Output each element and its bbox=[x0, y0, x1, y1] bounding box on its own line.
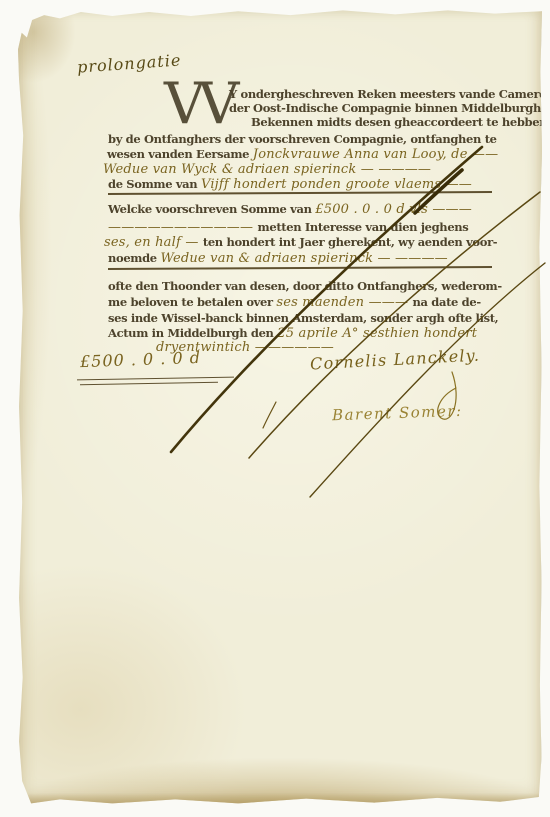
doc-line-6-hand-segment: Vijff hondert ponden groote vlaems —— bbox=[201, 177, 472, 192]
doc-line-10: noemde Wedue van & adriaen spierinck — —… bbox=[108, 247, 448, 266]
signature-barent: Barent Somer: bbox=[332, 402, 463, 425]
doc-line-7: Welcke voorschreven Somme van £500 . 0 .… bbox=[108, 198, 472, 217]
doc-line-6: de Somme van Vijff hondert ponden groote… bbox=[108, 173, 472, 192]
ink-rule-2 bbox=[108, 266, 492, 270]
doc-line-10-hand-segment: Wedue van & adriaen spierinck — ———— bbox=[160, 251, 447, 266]
amount-underline-2 bbox=[80, 382, 218, 386]
amount-underline-1 bbox=[77, 377, 234, 381]
paper-bottom-edge bbox=[18, 793, 542, 805]
doc-line-7-hand-segment: £500 . 0 . 0 d vls ——— bbox=[315, 202, 472, 217]
doc-line-6-print-segment: de Somme van bbox=[108, 177, 201, 191]
document-paper: prolongatie VV Y ondergheschreven Reken … bbox=[18, 8, 542, 805]
doc-line-7-print-segment: Welcke voorschreven Somme van bbox=[108, 202, 315, 216]
margin-amount-note: £500 . 0 . 0 d bbox=[80, 348, 202, 371]
scan-background: prolongatie VV Y ondergheschreven Reken … bbox=[0, 0, 550, 817]
drop-cap-initial: VV bbox=[164, 76, 232, 133]
doc-line-2-print-segment: Bekennen midts desen gheaccordeert te he… bbox=[251, 115, 550, 129]
signature-cornelis: Cornelis Lanckely. bbox=[310, 346, 481, 374]
doc-line-10-print-segment: noemde bbox=[108, 251, 160, 265]
